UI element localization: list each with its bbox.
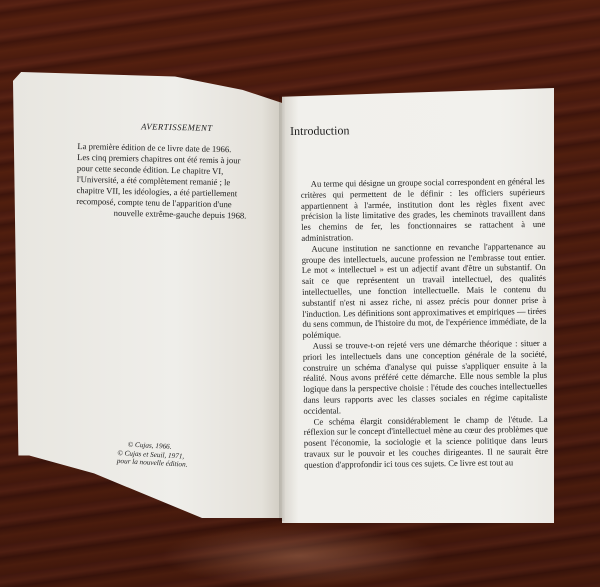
paragraph: Aucune institution ne sanctionne en reva… xyxy=(301,241,546,341)
left-page-content: AVERTISSEMENT La première édition de ce … xyxy=(76,120,286,222)
paragraph: Ce schéma élargit considérablement le ch… xyxy=(304,413,549,470)
paragraph: Aussi se trouve-t-on rejeté vers une dém… xyxy=(303,338,548,417)
paragraph: Au terme qui désigne un groupe social co… xyxy=(301,176,546,244)
avertissement-text: La première édition de ce livre date de … xyxy=(76,141,286,222)
introduction-text: Au terme qui désigne un groupe social co… xyxy=(301,176,549,470)
chapter-title: Introduction xyxy=(290,121,544,139)
right-page-content: Introduction Au terme qui désigne un gro… xyxy=(290,121,548,471)
open-book: AVERTISSEMENT La première édition de ce … xyxy=(0,0,600,587)
